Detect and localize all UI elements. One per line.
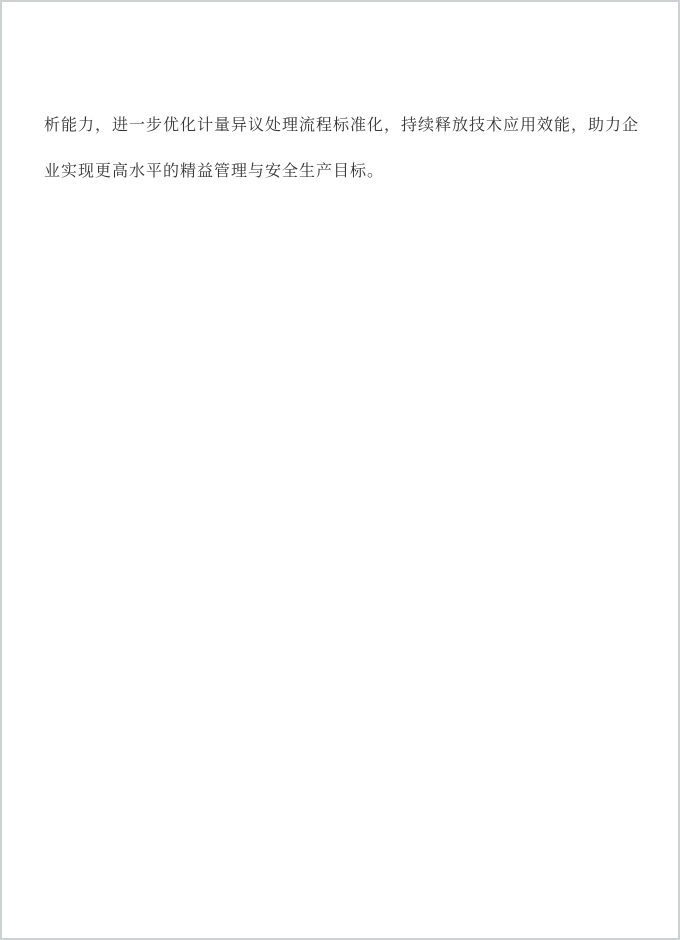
document-page: 析能力，进一步优化计量异议处理流程标准化，持续释放技术应用效能，助力企 业实现更…: [0, 0, 680, 940]
body-paragraph: 析能力，进一步优化计量异议处理流程标准化，持续释放技术应用效能，助力企 业实现更…: [44, 103, 644, 195]
paragraph-line-1: 析能力，进一步优化计量异议处理流程标准化，持续释放技术应用效能，助力企: [44, 103, 644, 149]
paragraph-line-2: 业实现更高水平的精益管理与安全生产目标。: [44, 149, 644, 195]
